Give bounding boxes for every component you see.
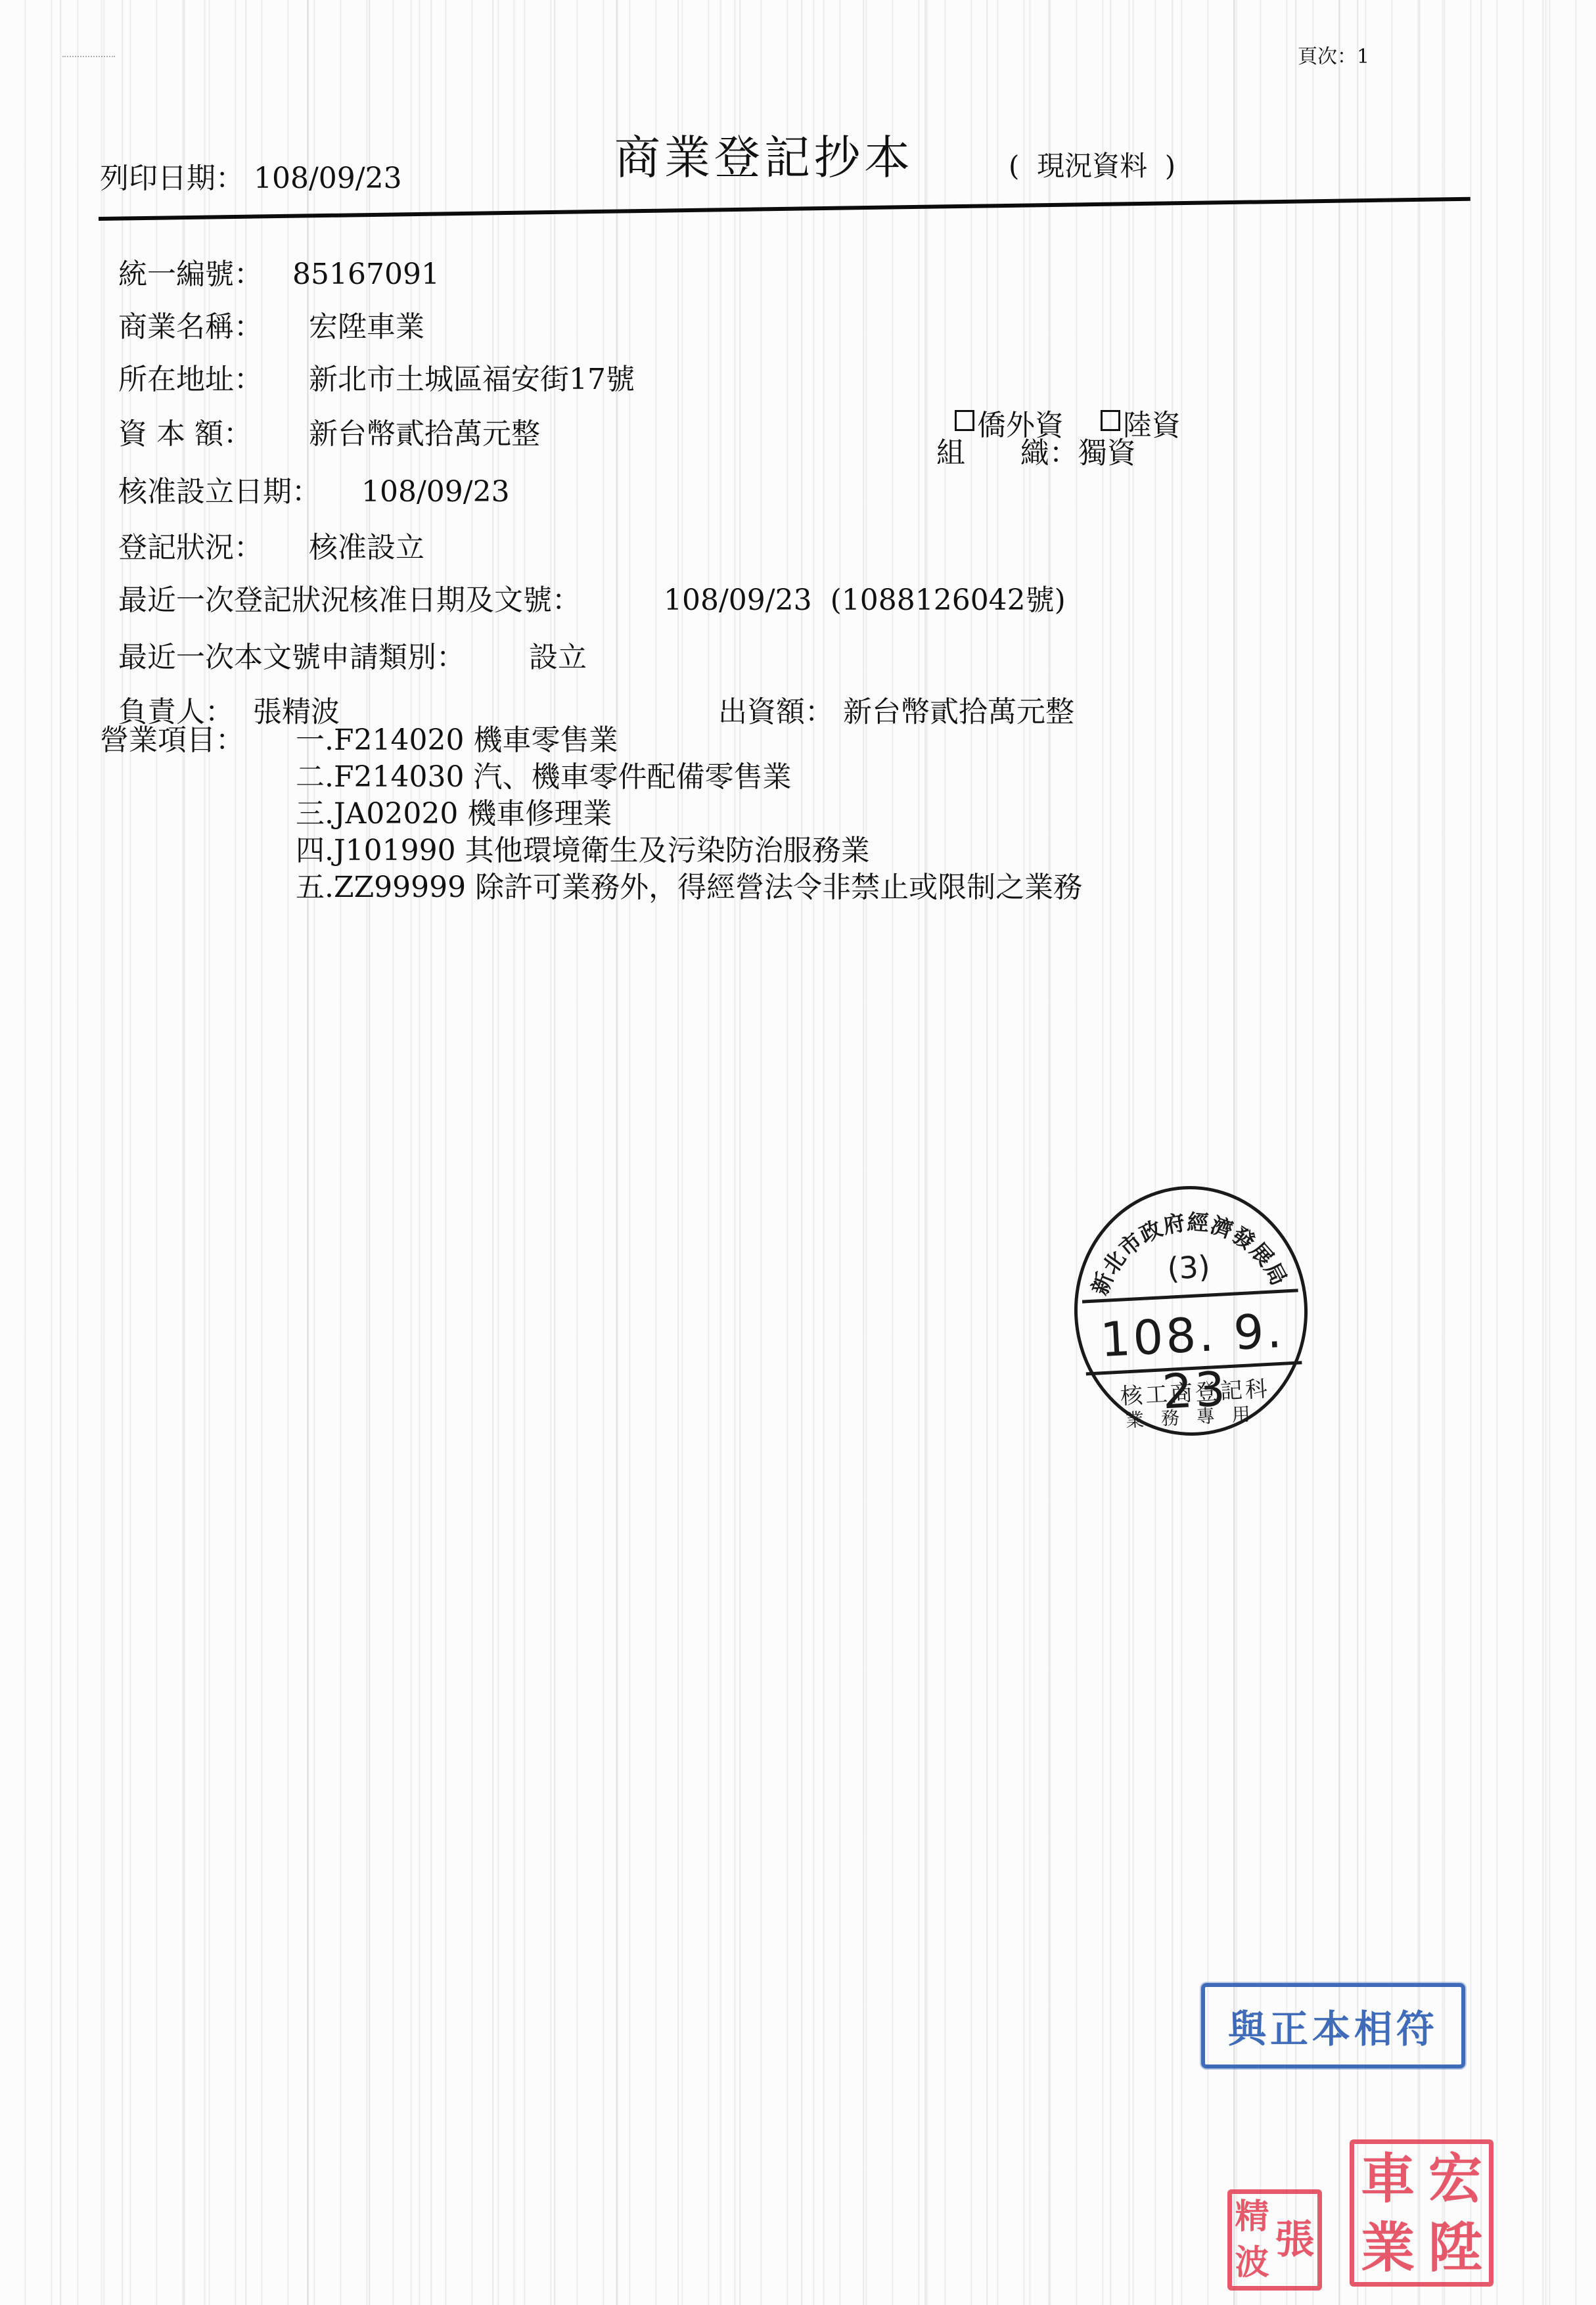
investment-type: 僑外資 陸資 (936, 381, 1181, 440)
official-round-stamp: 新北市政府經濟發展局 (3) 108. 9. 23 核工商登記科 業務專用 (1068, 1180, 1313, 1442)
business-item-code: ZZ99999 (334, 871, 466, 904)
business-item: 四.J101990 其他環境衛生及污染防治服務業 (296, 836, 870, 865)
organization-type: 組 織：獨資 (936, 439, 1136, 468)
field-label: 所在地址： (118, 365, 309, 394)
organization-value: 獨資 (1078, 436, 1136, 470)
field-address: 所在地址：新北市土城區福安街17號 (100, 336, 635, 394)
business-item: 一.F214020 機車零售業 (296, 726, 618, 755)
field-value: 新台幣貳拾萬元整 (843, 698, 1074, 727)
business-item-index: 一 (296, 723, 325, 757)
field-value: 新台幣貳拾萬元整 (309, 420, 540, 449)
field-label: 出資額： (718, 698, 843, 727)
business-item-code: JA02020 (334, 797, 458, 831)
certified-copy-stamp: 與正本相符 (1201, 1983, 1465, 2068)
business-item-description: 汽、機車零件配備零售業 (474, 760, 792, 794)
field-latest-application-type: 最近一次本文號申請類別：設立 (100, 614, 587, 672)
business-item-index: 五 (296, 871, 325, 904)
header-divider (99, 197, 1471, 221)
business-item-description: 其他環境衛生及污染防治服務業 (465, 834, 870, 867)
field-label: 負責人： (118, 698, 253, 727)
field-label: 最近一次登記狀況核准日期及文號： (118, 586, 664, 615)
business-item-description: 機車修理業 (467, 797, 612, 831)
field-latest-approval: 最近一次登記狀況核准日期及文號：108/09/23 (1088126042號) (100, 557, 1066, 615)
organization-label: 組 織： (936, 436, 1078, 470)
field-value: 108/09/23 (361, 478, 510, 507)
business-item-index: 三 (296, 797, 325, 831)
business-item-code: F214030 (334, 760, 465, 794)
seal-char: 車 (1354, 2144, 1422, 2213)
owner-seal: 張 精 波 (1227, 2189, 1322, 2291)
seal-char: 業 (1354, 2213, 1422, 2282)
checkbox-mainland (1101, 410, 1120, 431)
field-label: 最近一次本文號申請類別： (118, 643, 529, 672)
field-label: 資 本 額： (118, 420, 309, 449)
print-date-label: 列印日期： (100, 162, 244, 195)
print-date: 列印日期： 108/09/23 (100, 164, 402, 193)
business-item-code: J101990 (334, 834, 456, 867)
business-item-index: 二 (296, 760, 325, 794)
field-registration-status: 登記狀況：核准設立 (100, 505, 424, 562)
print-date-value: 108/09/23 (254, 162, 402, 195)
scan-artifact (62, 56, 115, 77)
business-item-index: 四 (296, 834, 325, 867)
seal-char: 精 (1232, 2194, 1272, 2240)
field-capital: 資 本 額：新台幣貳拾萬元整 (100, 391, 540, 449)
field-value: 張精波 (253, 698, 340, 727)
page-number: 頁次：1 (1298, 47, 1369, 67)
business-item-description: 除許可業務外，得經營法令非禁止或限制之業務 (475, 871, 1082, 904)
business-item: 三.JA02020 機車修理業 (296, 800, 612, 829)
field-owner: 負責人：張精波 (100, 669, 340, 727)
business-item-description: 機車零售業 (474, 723, 618, 757)
business-items-label: 營業項目： (100, 726, 244, 755)
company-seal: 宏 陞 車 業 (1350, 2139, 1493, 2287)
field-label: 核准設立日期： (118, 478, 361, 507)
business-item: 五.ZZ99999 除許可業務外，得經營法令非禁止或限制之業務 (296, 873, 1082, 902)
status-note: ( 現況資料 ) (1009, 152, 1175, 180)
field-business-name: 商業名稱：宏陞車業 (100, 284, 424, 342)
field-value: 新北市土城區福安街17號 (309, 365, 635, 394)
business-item: 二.F214030 汽、機車零件配備零售業 (296, 763, 792, 792)
field-value: 設立 (529, 643, 587, 672)
field-contribution: 出資額：新台幣貳拾萬元整 (700, 669, 1074, 727)
seal-char: 宏 (1422, 2144, 1490, 2213)
business-item-code: F214020 (334, 723, 465, 757)
seal-char: 陞 (1422, 2213, 1490, 2282)
field-value: 108/09/23 (1088126042號) (664, 586, 1066, 615)
field-unified-number: 統一編號：85167091 (100, 231, 440, 289)
seal-char: 張 (1272, 2194, 1317, 2286)
document-title: 商業登記抄本 (614, 135, 914, 181)
seal-char: 波 (1232, 2240, 1272, 2286)
checkbox-overseas-foreign (955, 410, 974, 431)
field-approval-date: 核准設立日期：108/09/23 (100, 449, 510, 507)
